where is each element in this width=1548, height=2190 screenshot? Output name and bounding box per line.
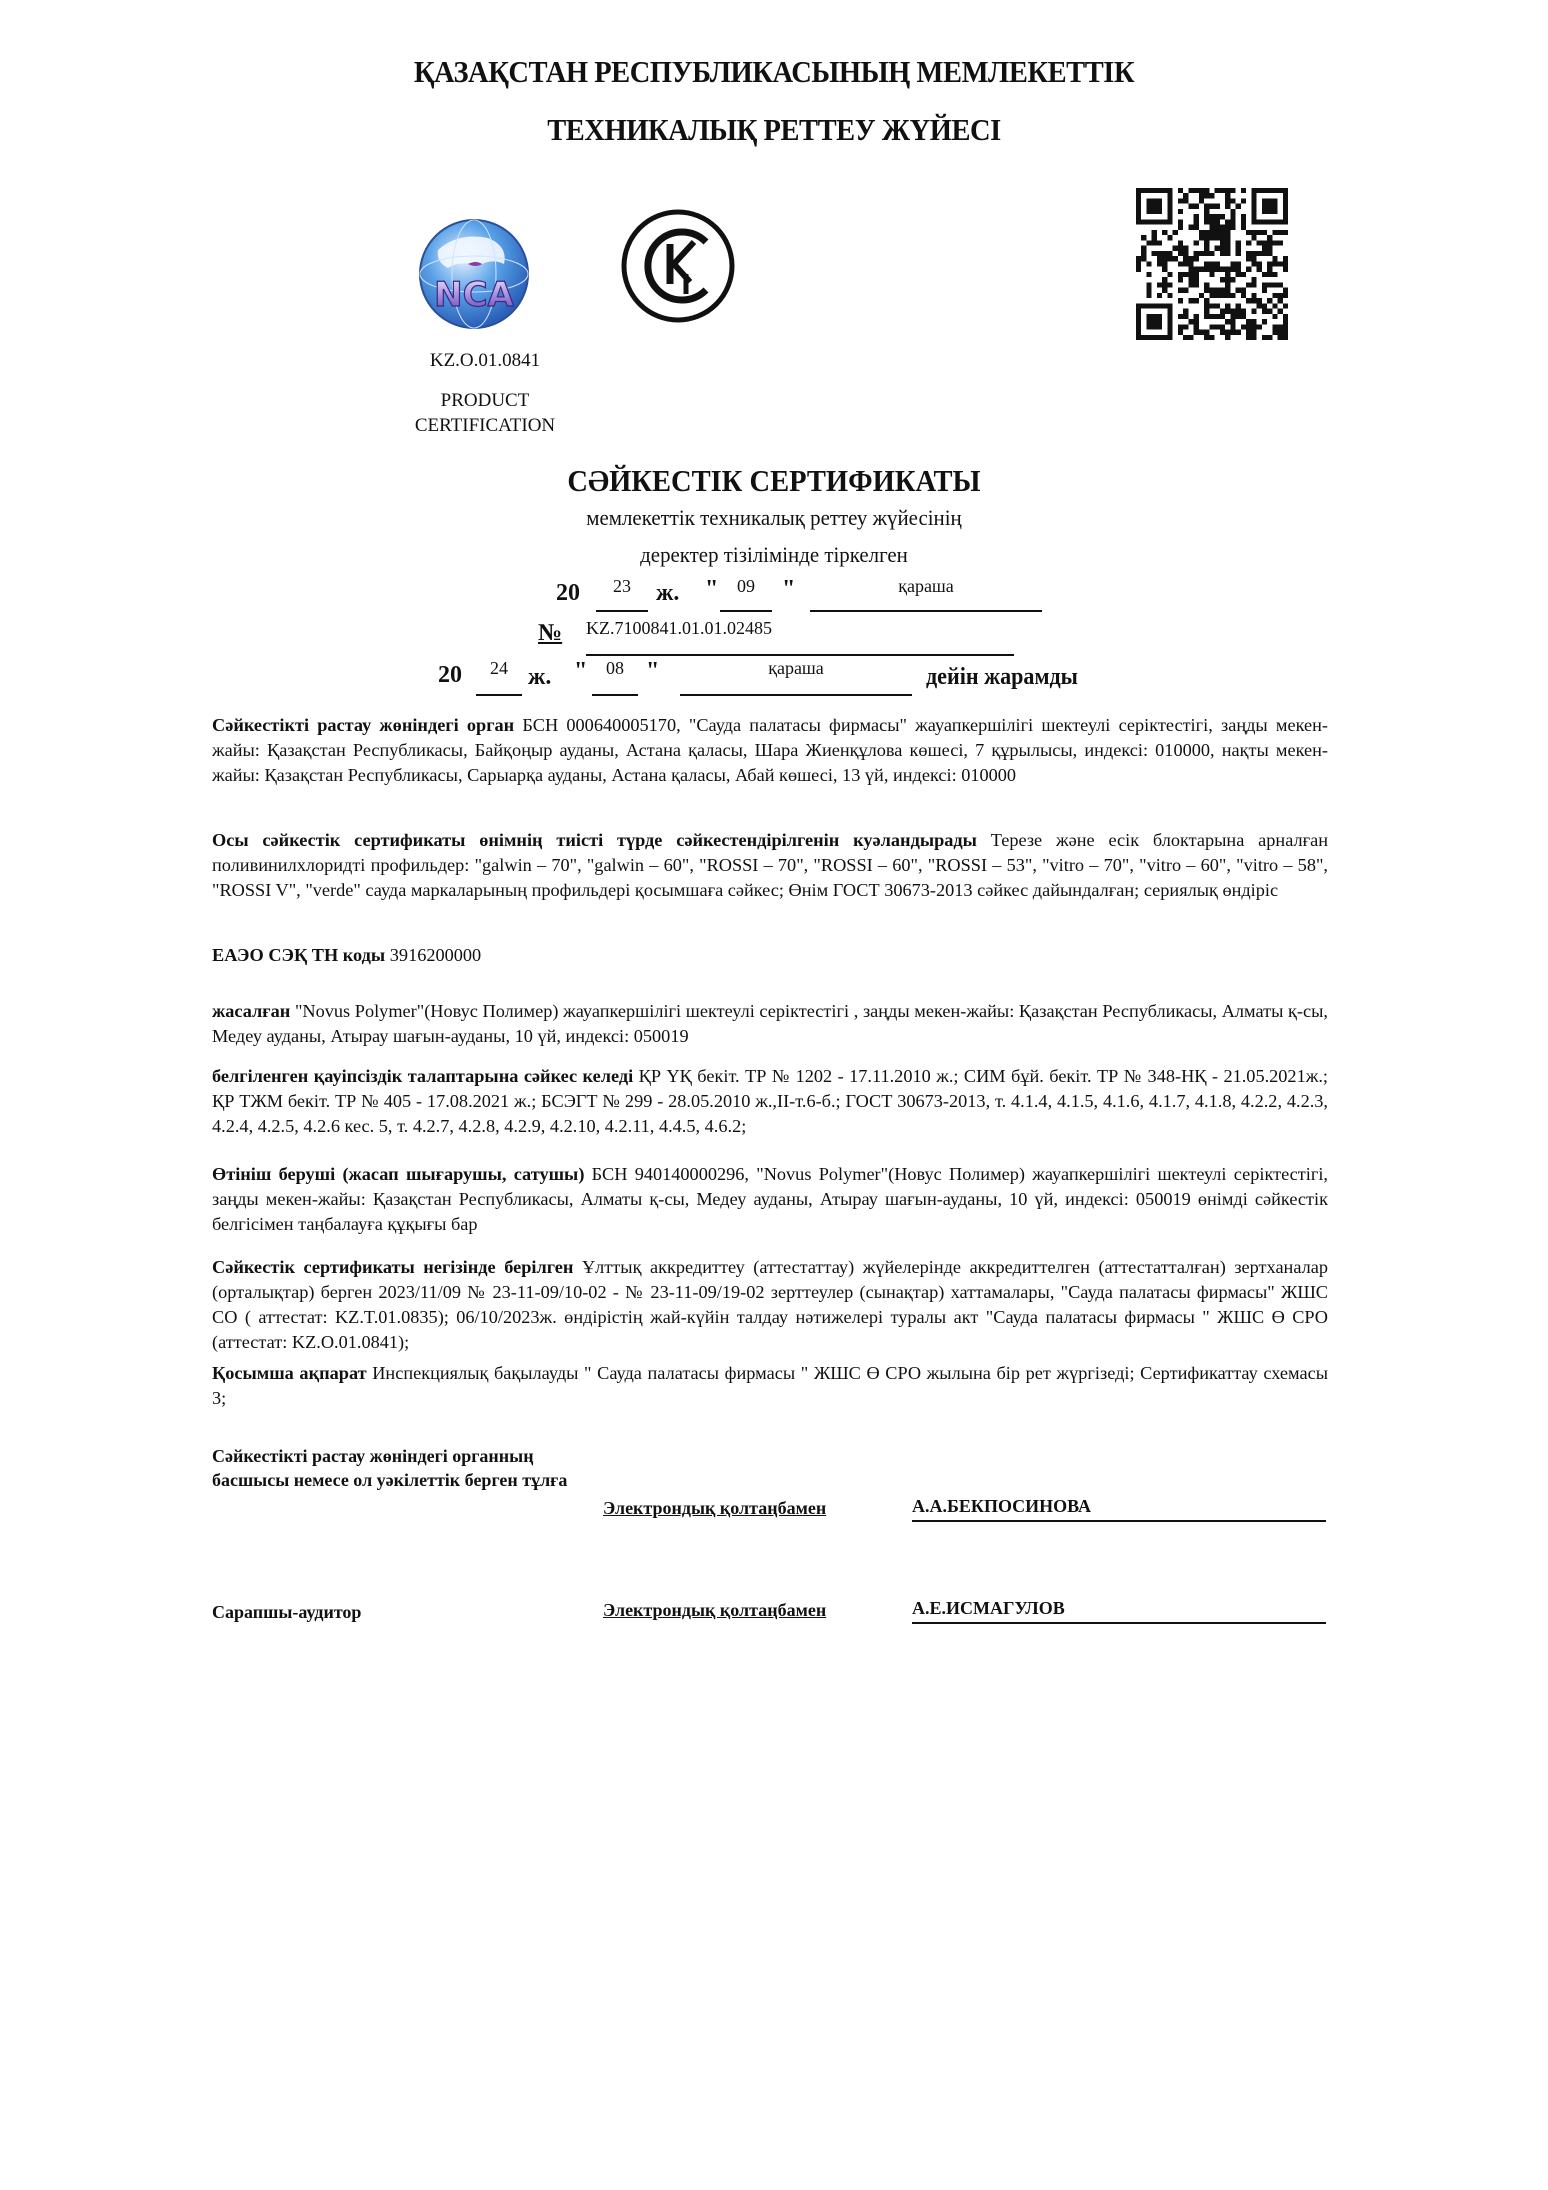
valid-quote-open: ": [574, 658, 587, 685]
section-applicant: Өтініш беруші (жасап шығарушы, сатушы) Б…: [212, 1162, 1328, 1237]
qr-code-icon[interactable]: [1136, 188, 1288, 340]
section-text: Инспекциялық бақылауды " Сауда палатасы …: [212, 1363, 1328, 1408]
section-label: ЕАЭО СЭҚ ТН коды: [212, 945, 385, 965]
valid-day: 08: [592, 658, 638, 696]
header-line-2: ТЕХНИКАЛЫҚ РЕТТЕУ ЖҮЙЕСІ: [62, 112, 1486, 148]
section-tnved-code: ЕАЭО СЭҚ ТН коды 3916200000: [212, 943, 1328, 968]
product-cert-line-2: CERTIFICATION: [380, 413, 590, 438]
section-additional-info: Қосымша ақпарат Инспекциялық бақылауды "…: [212, 1361, 1328, 1411]
valid-quote-close: ": [646, 658, 659, 685]
valid-year-suffix: ж.: [528, 664, 551, 691]
reg-year: 23: [596, 576, 648, 612]
svg-text:NCA: NCA: [434, 275, 514, 315]
section-product-identification: Осы сәйкестік сертификаты өнімнің тиісті…: [212, 828, 1328, 903]
section-label: белгіленген қауіпсіздік талаптарына сәйк…: [212, 1066, 633, 1086]
certificate-title: СӘЙКЕСТІК СЕРТИФИКАТЫ: [62, 463, 1486, 499]
valid-month: қараша: [680, 658, 912, 696]
certificate-subtitle-2: деректер тізілімінде тіркелген: [39, 542, 1510, 568]
section-label: Сәйкестік сертификаты негізінде берілген: [212, 1257, 573, 1277]
section-label: жасалған: [212, 1001, 290, 1021]
section-safety-requirements: белгіленген қауіпсіздік талаптарына сәйк…: [212, 1064, 1328, 1139]
section-label: Қосымша ақпарат: [212, 1363, 367, 1383]
valid-until-suffix: дейін жарамды: [926, 664, 1078, 691]
signature-row-head: Сәйкестікті растау жөніндегі органның ба…: [0, 1444, 1548, 1524]
product-certification-label: PRODUCT CERTIFICATION: [380, 388, 590, 438]
signature-role: Сәйкестікті растау жөніндегі органның ба…: [212, 1444, 572, 1492]
valid-year-prefix: 20: [438, 662, 462, 689]
nca-globe-logo-icon: NCA: [408, 210, 540, 342]
reg-year-suffix: ж.: [656, 580, 679, 607]
signature-method: Электрондық қолтаңбамен: [603, 1600, 879, 1621]
certificate-subtitle-1: мемлекеттік техникалық реттеу жүйесінің: [39, 505, 1510, 531]
signature-method-text: Электрондық қолтаңбамен: [603, 1600, 826, 1620]
header-line-1: ҚАЗАҚСТАН РЕСПУБЛИКАСЫНЫҢ МЕМЛЕКЕТТІК: [62, 54, 1486, 90]
valid-until-date: 20 24 ж. " 08 " қараша дейін жарамды: [0, 658, 1548, 698]
certificate-number-row: № KZ.7100841.01.01.02485: [0, 616, 1548, 656]
reg-quote-open: ": [705, 576, 718, 603]
section-text: 3916200000: [390, 945, 481, 965]
kc-conformity-mark-icon: [620, 208, 736, 324]
section-label: Осы сәйкестік сертификаты өнімнің тиісті…: [212, 830, 977, 850]
product-cert-line-1: PRODUCT: [380, 388, 590, 413]
section-label: Өтініш беруші (жасап шығарушы, сатушы): [212, 1164, 584, 1184]
reg-quote-close: ": [782, 576, 795, 603]
signature-name: А.Е.ИСМАГУЛОВ: [912, 1598, 1326, 1624]
reg-month: қараша: [810, 576, 1042, 612]
certificate-number: KZ.7100841.01.01.02485: [586, 618, 1014, 656]
signature-row-auditor: Сарапшы-аудитор Электрондық қолтаңбамен …: [0, 1598, 1548, 1638]
number-label: №: [538, 620, 562, 647]
section-label: Сәйкестікті растау жөніндегі орган: [212, 715, 514, 735]
reg-day: 09: [720, 576, 772, 612]
reg-year-prefix: 20: [556, 580, 580, 607]
signature-role: Сарапшы-аудитор: [212, 1600, 572, 1624]
signature-method-text: Электрондық қолтаңбамен: [603, 1498, 826, 1518]
registration-date: 20 23 ж. " 09 " қараша: [0, 576, 1548, 616]
signature-method: Электрондық қолтаңбамен: [603, 1498, 879, 1519]
valid-year: 24: [476, 658, 522, 696]
issuer-registration-code: KZ.O.01.0841: [400, 350, 570, 372]
section-text: "Novus Polymer"(Новус Полимер) жауапкерш…: [212, 1001, 1328, 1046]
signature-name: А.А.БЕКПОСИНОВА: [912, 1496, 1326, 1522]
section-certification-body: Сәйкестікті растау жөніндегі орган БСН 0…: [212, 713, 1328, 788]
section-issued-basis: Сәйкестік сертификаты негізінде берілген…: [212, 1255, 1328, 1355]
section-manufacturer: жасалған "Novus Polymer"(Новус Полимер) …: [212, 999, 1328, 1049]
